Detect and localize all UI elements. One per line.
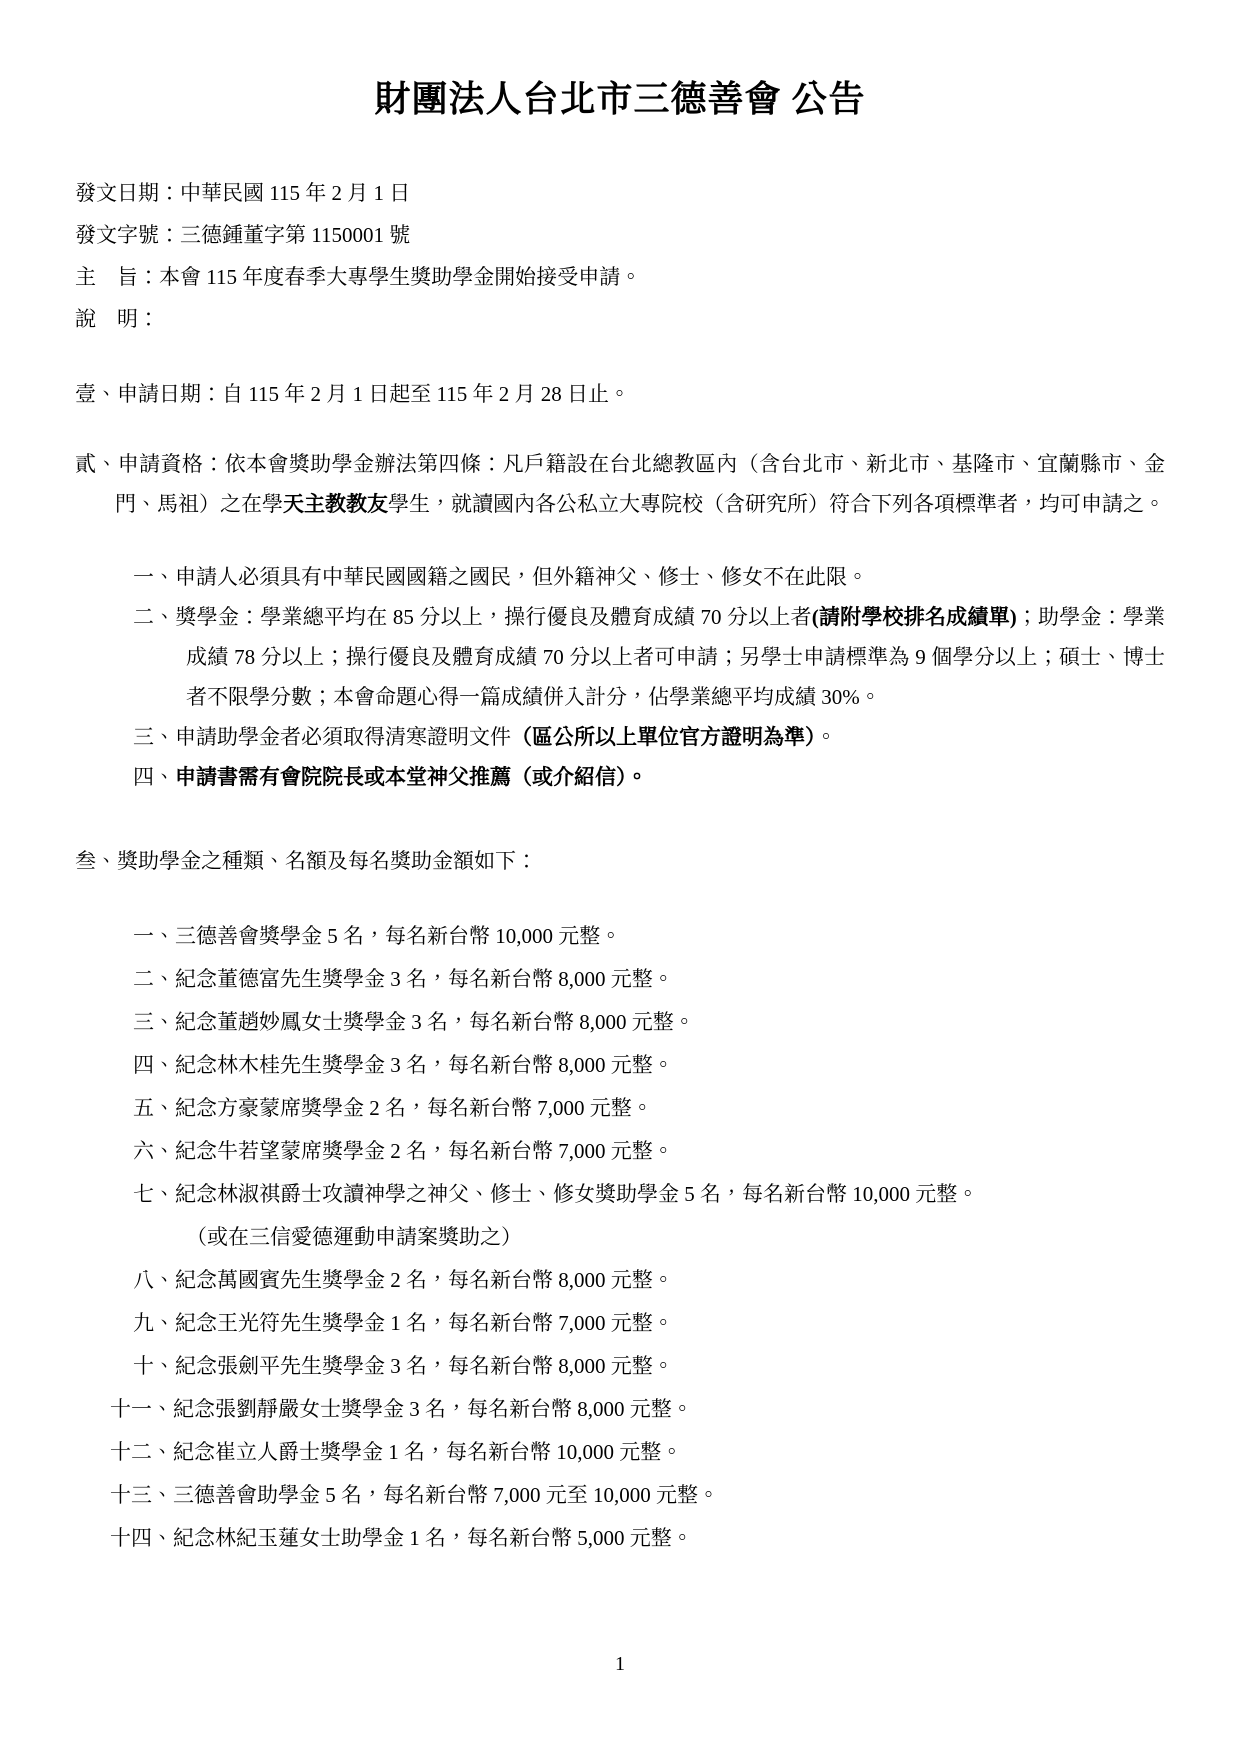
- item-text: 紀念方豪蒙席獎學金 2 名，每名新台幣 7,000 元整。: [175, 1096, 653, 1120]
- item-text: 紀念萬國賓先生獎學金 2 名，每名新台幣 8,000 元整。: [175, 1268, 674, 1292]
- scholarship-list: 一、三德善會獎學金 5 名，每名新台幣 10,000 元整。 二、紀念董德富先生…: [75, 915, 1165, 1560]
- item-label: 十四、: [110, 1526, 173, 1550]
- item-label: 三、: [133, 1010, 175, 1034]
- section-scholarship-types: 叁、獎助學金之種類、名額及每名獎助金額如下：: [75, 841, 1165, 881]
- scholarship-item: 十、紀念張劍平先生獎學金 3 名，每名新台幣 8,000 元整。: [133, 1345, 1165, 1388]
- item-text: 獎學金：學業總平均在 85 分以上，操行優良及體育成績 70 分以上者: [175, 605, 811, 629]
- scholarship-item-note: （或在三信愛德運動申請案獎助之）: [186, 1216, 1165, 1259]
- item-text: 紀念王光符先生獎學金 1 名，每名新台幣 7,000 元整。: [175, 1311, 674, 1335]
- item-text: 紀念崔立人爵士獎學金 1 名，每名新台幣 10,000 元整。: [173, 1440, 682, 1464]
- issue-date-line: 發文日期：中華民國 115 年 2 月 1 日: [75, 172, 1165, 214]
- section-text: 學生，就讀國內各公私立大專院校（含研究所）符合下列各項標準者，均可申請之。: [388, 492, 1165, 516]
- highlight-official-proof: （區公所以上單位官方證明為準）: [511, 725, 816, 749]
- item-label: 八、: [133, 1268, 175, 1292]
- item-label: 二、: [133, 605, 175, 629]
- item-text: 紀念林木桂先生獎學金 3 名，每名新台幣 8,000 元整。: [175, 1053, 674, 1077]
- item-text: 紀念牛若望蒙席獎學金 2 名，每名新台幣 7,000 元整。: [175, 1139, 674, 1163]
- document-content: 財團法人台北市三德善會 公告 發文日期：中華民國 115 年 2 月 1 日 發…: [0, 0, 1240, 1560]
- eligibility-item: 一、申請人必須具有中華民國國籍之國民，但外籍神父、修士、修女不在此限。: [133, 557, 1165, 597]
- item-label: 七、: [133, 1182, 175, 1206]
- scholarship-item: 十一、紀念張劉靜嚴女士獎學金 3 名，每名新台幣 8,000 元整。: [110, 1388, 1165, 1431]
- item-text: 紀念張劍平先生獎學金 3 名，每名新台幣 8,000 元整。: [175, 1354, 674, 1378]
- doc-number-line: 發文字號：三德鍾董字第 1150001 號: [75, 214, 1165, 256]
- scholarship-item: 十三、三德善會助學金 5 名，每名新台幣 7,000 元至 10,000 元整。: [110, 1474, 1165, 1517]
- item-text: 紀念董趙妙鳳女士獎學金 3 名，每名新台幣 8,000 元整。: [175, 1010, 695, 1034]
- item-text: 三德善會助學金 5 名，每名新台幣 7,000 元至 10,000 元整。: [173, 1483, 719, 1507]
- item-text: 申請人必須具有中華民國國籍之國民，但外籍神父、修士、修女不在此限。: [175, 565, 868, 589]
- subject-line: 主 旨：本會 115 年度春季大專學生獎助學金開始接受申請。: [75, 256, 1165, 298]
- scholarship-item: 五、紀念方豪蒙席獎學金 2 名，每名新台幣 7,000 元整。: [133, 1087, 1165, 1130]
- item-text: 紀念林紀玉蓮女士助學金 1 名，每名新台幣 5,000 元整。: [173, 1526, 693, 1550]
- highlight-catholic-students: 天主教教友: [283, 492, 388, 516]
- highlight-recommendation: 申請書需有會院院長或本堂神父推薦（或介紹信）。: [175, 765, 648, 789]
- item-label: 六、: [133, 1139, 175, 1163]
- item-text: 紀念張劉靜嚴女士獎學金 3 名，每名新台幣 8,000 元整。: [173, 1397, 693, 1421]
- section-label: 貳、: [75, 452, 118, 476]
- scholarship-item: 六、紀念牛若望蒙席獎學金 2 名，每名新台幣 7,000 元整。: [133, 1130, 1165, 1173]
- meta-block: 發文日期：中華民國 115 年 2 月 1 日 發文字號：三德鍾董字第 1150…: [75, 172, 1165, 340]
- page-number: 1: [0, 1652, 1240, 1676]
- scholarship-item: 七、紀念林淑祺爵士攻讀神學之神父、修士、修女獎助學金 5 名，每名新台幣 10,…: [133, 1173, 1165, 1216]
- description-label: 說 明：: [75, 298, 1165, 340]
- item-label: 一、: [133, 924, 175, 948]
- eligibility-item: 四、申請書需有會院院長或本堂神父推薦（或介紹信）。: [133, 757, 1165, 797]
- item-label: 三、: [133, 725, 175, 749]
- eligibility-item: 三、申請助學金者必須取得清寒證明文件（區公所以上單位官方證明為準）。: [133, 717, 1165, 757]
- section-label: 壹、: [75, 382, 117, 406]
- scholarship-item: 一、三德善會獎學金 5 名，每名新台幣 10,000 元整。: [133, 915, 1165, 958]
- section-label: 叁、: [75, 849, 117, 873]
- scholarship-item: 二、紀念董德富先生獎學金 3 名，每名新台幣 8,000 元整。: [133, 958, 1165, 1001]
- item-text: 。: [816, 725, 837, 749]
- scholarship-item: 九、紀念王光符先生獎學金 1 名，每名新台幣 7,000 元整。: [133, 1302, 1165, 1345]
- document-page: 財團法人台北市三德善會 公告 發文日期：中華民國 115 年 2 月 1 日 發…: [0, 0, 1240, 1754]
- item-label: 十二、: [110, 1440, 173, 1464]
- item-label: 九、: [133, 1311, 175, 1335]
- scholarship-item: 四、紀念林木桂先生獎學金 3 名，每名新台幣 8,000 元整。: [133, 1044, 1165, 1087]
- section-eligibility: 貳、申請資格：依本會獎助學金辦法第四條：凡戶籍設在台北總教區內（含台北市、新北市…: [75, 444, 1165, 524]
- section-text: 申請日期：自 115 年 2 月 1 日起至 115 年 2 月 28 日止。: [117, 382, 630, 406]
- scholarship-item: 十二、紀念崔立人爵士獎學金 1 名，每名新台幣 10,000 元整。: [110, 1431, 1165, 1474]
- item-label: 四、: [133, 765, 175, 789]
- eligibility-criteria-list: 一、申請人必須具有中華民國國籍之國民，但外籍神父、修士、修女不在此限。 二、獎學…: [75, 557, 1165, 797]
- item-label: 十三、: [110, 1483, 173, 1507]
- page-title: 財團法人台北市三德善會 公告: [75, 76, 1165, 122]
- section-application-period: 壹、申請日期：自 115 年 2 月 1 日起至 115 年 2 月 28 日止…: [75, 374, 1165, 414]
- section-text: 獎助學金之種類、名額及每名獎助金額如下：: [117, 849, 537, 873]
- item-label: 一、: [133, 565, 175, 589]
- item-text: 申請助學金者必須取得清寒證明文件: [175, 725, 511, 749]
- item-label: 五、: [133, 1096, 175, 1120]
- item-label: 十、: [133, 1354, 175, 1378]
- item-text: 紀念林淑祺爵士攻讀神學之神父、修士、修女獎助學金 5 名，每名新台幣 10,00…: [175, 1182, 978, 1206]
- scholarship-item: 八、紀念萬國賓先生獎學金 2 名，每名新台幣 8,000 元整。: [133, 1259, 1165, 1302]
- item-text: 三德善會獎學金 5 名，每名新台幣 10,000 元整。: [175, 924, 621, 948]
- eligibility-item: 二、獎學金：學業總平均在 85 分以上，操行優良及體育成績 70 分以上者(請附…: [133, 597, 1165, 717]
- item-label: 十一、: [110, 1397, 173, 1421]
- item-text: 紀念董德富先生獎學金 3 名，每名新台幣 8,000 元整。: [175, 967, 674, 991]
- item-label: 四、: [133, 1053, 175, 1077]
- scholarship-item: 三、紀念董趙妙鳳女士獎學金 3 名，每名新台幣 8,000 元整。: [133, 1001, 1165, 1044]
- scholarship-item: 十四、紀念林紀玉蓮女士助學金 1 名，每名新台幣 5,000 元整。: [110, 1517, 1165, 1560]
- item-label: 二、: [133, 967, 175, 991]
- highlight-ranking-transcript: (請附學校排名成績單): [812, 605, 1017, 629]
